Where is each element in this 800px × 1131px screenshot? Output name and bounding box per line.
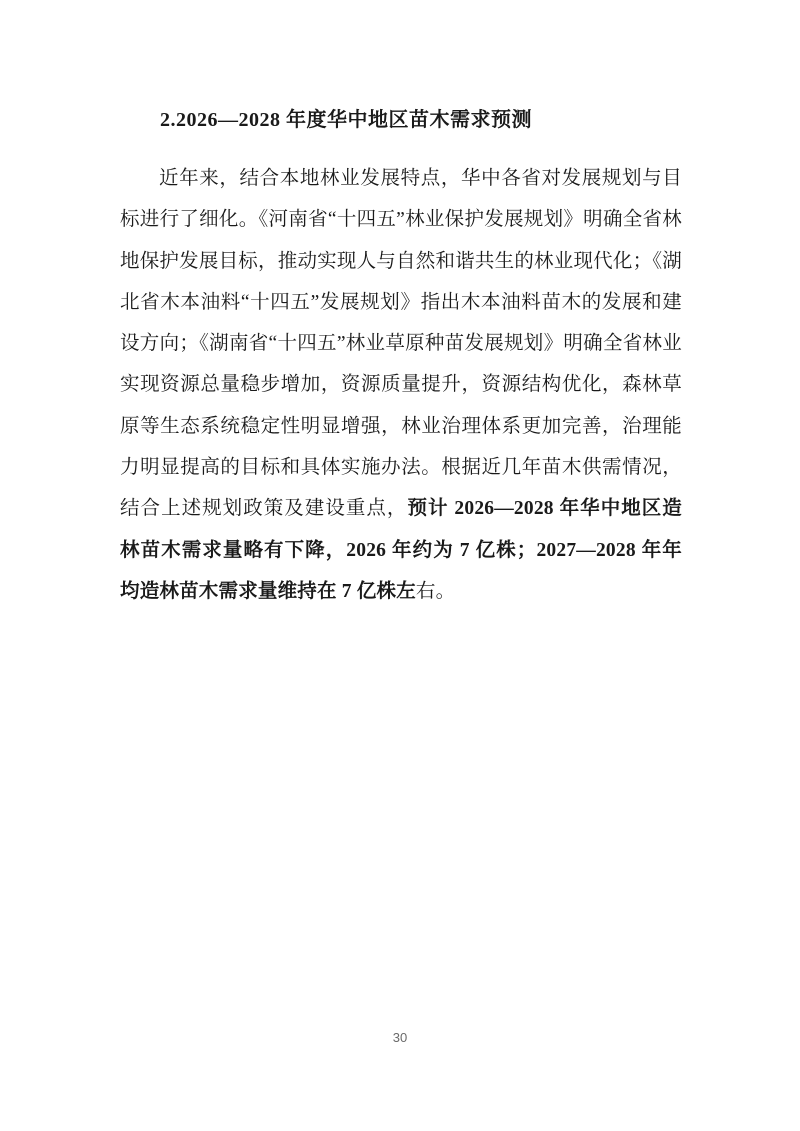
paragraph-text-start: 近年来，结合本地林业发展特点，华中各省对发展规划与目标进行了细化。《河南省“十四… xyxy=(120,168,682,519)
body-paragraph: 近年来，结合本地林业发展特点，华中各省对发展规划与目标进行了细化。《河南省“十四… xyxy=(120,158,682,612)
paragraph-text-end: 右。 xyxy=(416,581,455,602)
page-number: 30 xyxy=(0,1030,800,1045)
section-heading: 2.2026—2028 年度华中地区苗木需求预测 xyxy=(120,100,682,141)
document-page: 2.2026—2028 年度华中地区苗木需求预测 近年来，结合本地林业发展特点，… xyxy=(0,0,800,1131)
